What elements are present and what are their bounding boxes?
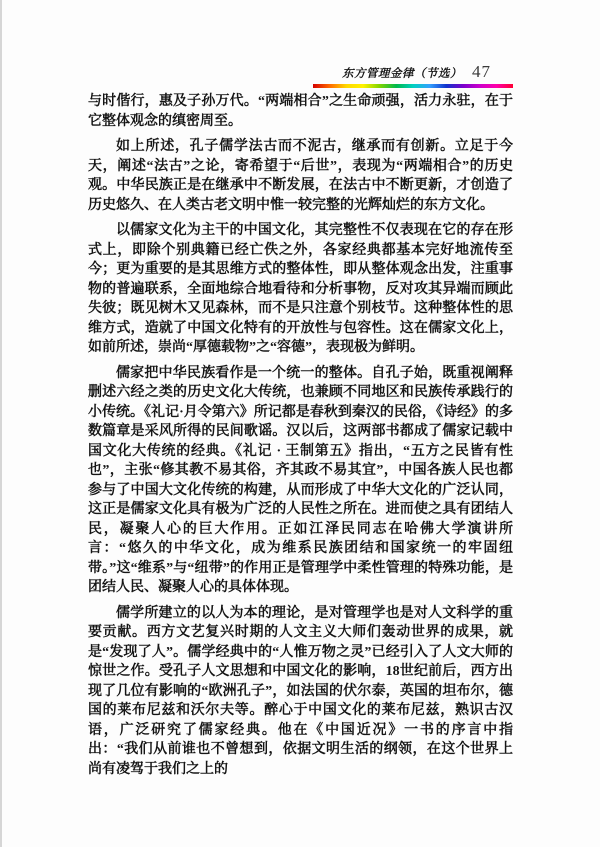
paragraph: 以儒家文化为主干的中国文化，其完整性不仅表现在它的存在形式上，即除个别典籍已经亡… [88,221,513,358]
scan-edge-artifact [0,0,2,847]
page-header: 东方管理金律（节选） 47 [313,62,513,88]
paragraph: 与时偕行，惠及子孙万代。“两端相合”之生命顽强，活力永驻，在于它整体观念的缜密周… [88,92,513,131]
rainbow-divider [313,84,513,88]
paragraph: 儒学所建立的以人为本的理论，是对管理学也是对人文科学的重要贡献。西方文艺复兴时期… [88,604,513,780]
running-head-title: 东方管理金律（节选） [342,65,462,81]
paragraph: 如上所述，孔子儒学法古而不泥古，继承而有创新。立足于今天，阐述“法古”之论，寄希… [88,137,513,215]
running-head-row: 东方管理金律（节选） 47 [313,62,513,82]
page-number: 47 [472,62,491,82]
paragraph: 儒家把中华民族看作是一个统一的整体。自孔子始，既重视阐释删述六经之类的历史文化大… [88,364,513,598]
book-page: 东方管理金律（节选） 47 与时偕行，惠及子孙万代。“两端相合”之生命顽强，活力… [0,0,600,847]
body-text: 与时偕行，惠及子孙万代。“两端相合”之生命顽强，活力永驻，在于它整体观念的缜密周… [88,92,513,779]
